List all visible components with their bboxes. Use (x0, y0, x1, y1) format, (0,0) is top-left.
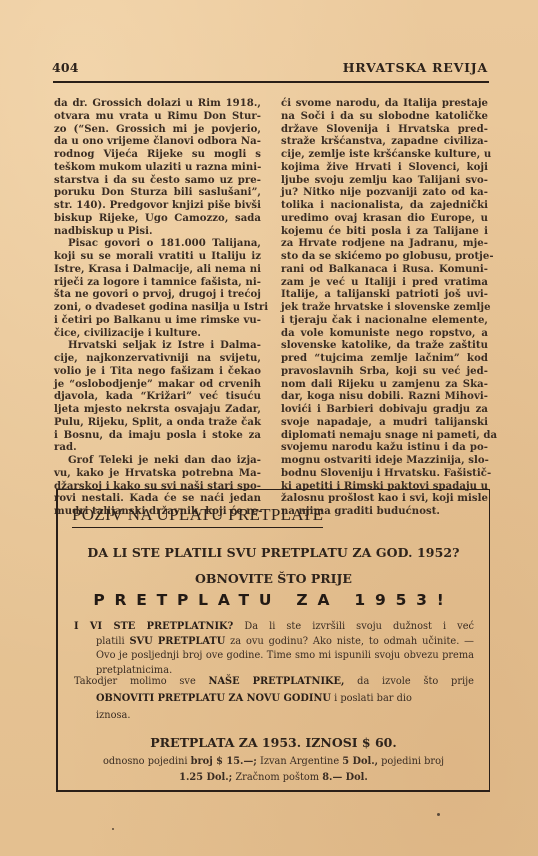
text-line: i četiri po Balkanu u ime rimske vu- (54, 315, 261, 328)
text-line: starstva i da su često samo uz pre- (54, 175, 261, 188)
text-line: Hrvatski seljak iz Istre i Dalma- (54, 340, 261, 353)
text-line: svojemu narodu kažu istinu i da po- (281, 442, 488, 455)
text-line: pravoslavnih Srba, koji su već jed- (281, 366, 488, 379)
text-line: kojima žive Hrvati i Slovenci, koji (281, 162, 488, 175)
paper-speck (437, 813, 440, 816)
text-line: str. 140). Predgovor knjizi piše bivši (54, 200, 261, 213)
text-line: straže kršćanstva, zapadne civiliza- (281, 136, 488, 149)
price-detail: odnosno pojedini broj $ 15.—; Izvan Arge… (68, 754, 479, 786)
text-line: države Slovenija i Hrvatska pred- (281, 124, 488, 137)
text-line: da u ono vrijeme članovi odbora Na- (54, 136, 261, 149)
text-line: kojemu će biti posla i za Talijane i (281, 226, 488, 239)
text-line: ći svome narodu, da Italija prestaje (281, 98, 488, 111)
magazine-page: 404 HRVATSKA REVIJA da dr. Grossich dola… (0, 0, 538, 856)
text-line: nom dali Rijeku u zamjenu za Ska- (281, 379, 488, 392)
paragraph-1-line-1: I VI STE PRETPLATNIK? Da li ste izvršili… (74, 620, 474, 635)
text-line: zam je već u Italiji i pred vratima (281, 277, 488, 290)
text-line: dar, koga nisu dobili. Razni Mihovi- (281, 391, 488, 404)
paragraph-text: Takodjer molimo sve (74, 676, 208, 687)
text-line: koji su se morali vratiti u Italiju iz (54, 251, 261, 264)
text-line: Grof Teleki je neki dan dao izja- (54, 455, 261, 468)
notice-headline: PRETPLATU ZA 1953! (58, 591, 489, 609)
paragraph-text: i poslati bar dio (331, 693, 412, 704)
paragraph-text: za ovu godinu? Ako niste, to odmah (225, 636, 417, 647)
text-line: cije, najkonzervativniji na svijetu, (54, 353, 261, 366)
text-line: ju? Nitko nije pozvaniji zato od ka- (281, 187, 488, 200)
notice-paragraph-2: Takodjer molimo sve NAŠE PRETPLATNIKE, d… (74, 673, 474, 724)
notice-title: POZIV NA UPLATU PRETPLATE (72, 505, 323, 528)
text-line: uredimo ovaj krasan dio Europe, u (281, 213, 488, 226)
text-line: cije, zemlje iste kršćanske kulture, u (281, 149, 488, 162)
text-line: čice, civilizacije i kulture. (54, 328, 261, 341)
text-line: i tjeraju čak i nacionalne elemente, (281, 315, 488, 328)
text-line: ljeta mjesto nekrsta osvajaju Zadar, (54, 404, 261, 417)
text-line: rani od Balkanaca i Rusa. Komuni- (281, 264, 488, 277)
price-value: 5 Dol., (342, 756, 378, 767)
text-line: pred “tujcima zemlje lačnim” kod (281, 353, 488, 366)
notice-paragraph-1: I VI STE PRETPLATNIK? Da li ste izvršili… (74, 620, 474, 678)
text-line: da vole komuniste nego ropstvo, a (281, 328, 488, 341)
article-body: da dr. Grossich dolazi u Rim 1918.,otvar… (54, 98, 488, 519)
paragraph-2-line-1: Takodjer molimo sve NAŠE PRETPLATNIKE, d… (74, 673, 474, 690)
text-line: zoni, o dvadeset godina nasilja u Istri (54, 302, 261, 315)
text-line: riječi za logore i tamnice fašista, ni- (54, 277, 261, 290)
text-line: jek traže hrvatske i slovenske zemlje (281, 302, 488, 315)
notice-question: DA LI STE PLATILI SVU PRETPLATU ZA GOD. … (58, 545, 489, 560)
text-line: da dr. Grossich dolazi u Rim 1918., (54, 98, 261, 111)
text-line: rodnog Vijeća Rijeke su mogli s (54, 149, 261, 162)
price-text: odnosno pojedini (103, 756, 191, 767)
text-line: vu, kako je Hrvatska potrebna Ma- (54, 468, 261, 481)
text-line: i Bosnu, da imaju posla i stoke za (54, 430, 261, 443)
price-text: Izvan Argentine (257, 756, 342, 767)
article-paragraph: da dr. Grossich dolazi u Rim 1918.,otvar… (54, 98, 261, 238)
article-paragraph: Hrvatski seljak iz Istre i Dalma-cije, n… (54, 340, 261, 455)
text-line: tolika i nacionalista, da zajednički (281, 200, 488, 213)
paragraph-2-body: OBNOVITI PRETPLATU ZA NOVU GODINU i posl… (74, 690, 474, 724)
article-paragraph: Pisac govori o 181.000 Talijana,koji su … (54, 238, 261, 340)
paragraph-text: da izvole što prije (344, 676, 474, 687)
emphasis: SVU PRETPLATU (129, 636, 225, 647)
text-line: otvara mu vrata u Rimu Don Stur- (54, 111, 261, 124)
text-line: Italije, a talijanski patrioti još uvi- (281, 289, 488, 302)
paragraph-text: platili (96, 636, 129, 647)
running-head: 404 HRVATSKA REVIJA (52, 60, 488, 75)
text-line: poruku Don Sturza bili saslušani”, (54, 187, 261, 200)
text-line: Pisac govori o 181.000 Talijana, (54, 238, 261, 251)
text-line: svoje napadaje, a mudri talijanski (281, 417, 488, 430)
text-line: djavola, kada “Križari” već tisuću (54, 391, 261, 404)
journal-title: HRVATSKA REVIJA (343, 60, 488, 75)
price-value: 8.— Dol. (322, 772, 368, 783)
price-text: pojedini broj (378, 756, 444, 767)
text-line: je “oslobodjenje” makar od crvenih (54, 379, 261, 392)
header-rule (53, 81, 489, 83)
text-line: šta ne govori o prvoj, drugoj i trećoj (54, 289, 261, 302)
left-column: da dr. Grossich dolazi u Rim 1918.,otvar… (54, 98, 261, 519)
text-line: diplomati nemaju snage ni pameti, da (281, 430, 488, 443)
text-line: volio je i Tita nego fašizam i čekao (54, 366, 261, 379)
right-column: ći svome narodu, da Italija prestajena S… (281, 98, 488, 519)
emphasis: NAŠE PRETPLATNIKE, (208, 676, 344, 687)
lead-question: I VI STE PRETPLATNIK? (74, 621, 233, 632)
text-line: rad. (54, 442, 261, 455)
subscription-notice-box: POZIV NA UPLATU PRETPLATE DA LI STE PLAT… (56, 489, 490, 792)
text-line: nadbiskup u Pisi. (54, 226, 261, 239)
price-text: Zračnom poštom (232, 772, 322, 783)
paragraph-1-body: platili SVU PRETPLATU za ovu godinu? Ako… (74, 635, 474, 679)
paragraph-text: Da li ste izvršili svoju dužnost i već (233, 621, 474, 632)
text-line: bodnu Sloveniju i Hrvatsku. Fašistič- (281, 468, 488, 481)
text-line: slovenske katolike, da traže zaštitu (281, 340, 488, 353)
article-paragraph: ći svome narodu, da Italija prestajena S… (281, 98, 488, 519)
price-headline: PRETPLATA ZA 1953. IZNOSI $ 60. (58, 735, 489, 750)
text-line: Istre, Krasa i Dalmacije, ali nema ni (54, 264, 261, 277)
text-line: ljube svoju zemlju kao Talijani svo- (281, 175, 488, 188)
text-line: teškom mukom ulaziti u razna mini- (54, 162, 261, 175)
text-line: Pulu, Rijeku, Split, a onda traže čak (54, 417, 261, 430)
text-line: zo (“Sen. Grossich mi je povjerio, (54, 124, 261, 137)
page-number: 404 (52, 60, 79, 75)
text-line: mognu ostvariti ideje Mazzinija, slo- (281, 455, 488, 468)
notice-renew-line: OBNOVITE ŠTO PRIJE (58, 571, 489, 586)
emphasis: OBNOVITI PRETPLATU ZA NOVU GODINU (96, 693, 331, 704)
text-line: lovići i Barbieri dobivaju gradju za (281, 404, 488, 417)
price-value: broj $ 15.—; (191, 756, 257, 767)
text-line: na Soči i da su slobodne katoličke (281, 111, 488, 124)
text-line: biskup Rijeke, Ugo Camozzo, sada (54, 213, 261, 226)
text-line: za Hrvate rodjene na Jadranu, mje- (281, 238, 488, 251)
price-value: 1.25 Dol.; (179, 772, 232, 783)
paper-speck (112, 828, 114, 830)
text-line: sto da se skićemo po globusu, protje- (281, 251, 488, 264)
paragraph-text: iznosa. (96, 710, 131, 721)
